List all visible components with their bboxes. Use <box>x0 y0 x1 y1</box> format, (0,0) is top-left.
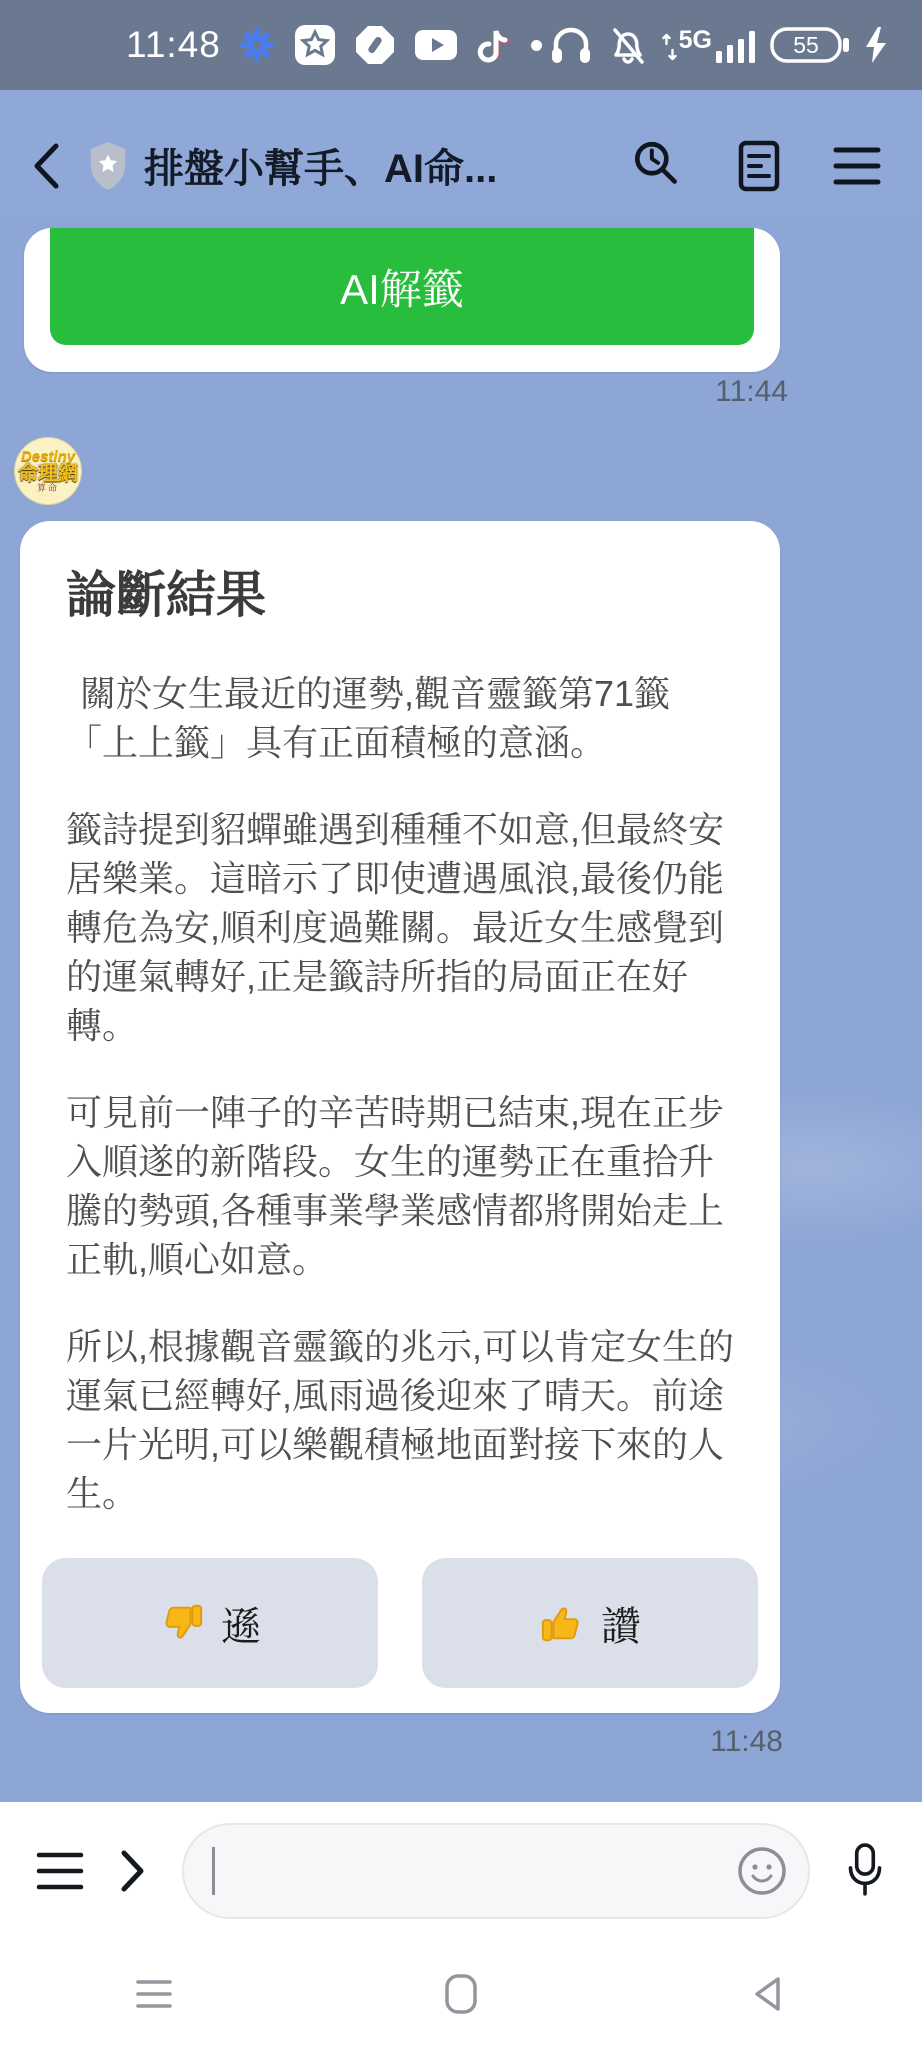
gear-icon <box>237 25 277 65</box>
notification-dot <box>531 40 542 51</box>
flex-message-card: AI解籤 <box>24 228 780 372</box>
battery-charging-bolt <box>864 26 888 64</box>
text-cursor <box>212 1847 215 1895</box>
chat-area: AI解籤 11:44 Destiny 命理網 算命 論斷結果 關於女生最近的運勢… <box>0 215 922 1802</box>
message-input-bar <box>0 1802 922 1940</box>
dislike-button[interactable]: 遜 <box>42 1558 378 1688</box>
battery-indicator: 55 <box>770 23 852 67</box>
result-title: 論斷結果 <box>66 563 740 627</box>
android-nav-bar <box>0 1940 922 2048</box>
search-history-button[interactable] <box>628 137 686 195</box>
message-timestamp: 11:48 <box>710 1725 783 1759</box>
avatar-sub-text: 算命 <box>37 484 59 493</box>
result-paragraph: 籤詩提到貂蟬雖遇到種種不如意,但最終安居樂業。這暗示了即使遭遇風浪,最後仍能轉危… <box>66 805 740 1050</box>
headphones-icon <box>548 23 594 67</box>
shield-app-icon <box>353 23 397 67</box>
avatar[interactable]: Destiny 命理網 算命 <box>14 437 82 505</box>
avatar-name-text: 命理網 <box>18 464 78 484</box>
result-paragraph: 關於女生最近的運勢,觀音靈籤第71籤「上上籤」具有正面積極的意涵。 <box>66 669 740 767</box>
message-timestamp: 11:44 <box>715 375 788 409</box>
attachment-menu-button[interactable] <box>36 1850 84 1892</box>
expand-chevron-button[interactable] <box>118 1847 148 1895</box>
vote-row: 遜 讚 <box>42 1558 758 1688</box>
bell-muted-icon <box>606 23 650 67</box>
signal-bars: 5G <box>662 28 758 63</box>
battery-percent: 55 <box>793 32 819 58</box>
tiktok-icon <box>475 23 509 67</box>
avatar-brand-text: Destiny <box>21 449 75 464</box>
verified-badge-icon <box>86 140 130 192</box>
nav-home-button[interactable] <box>444 1973 478 2015</box>
dislike-label: 遜 <box>221 1595 261 1652</box>
youtube-icon <box>413 25 459 65</box>
message-bubble: 論斷結果 關於女生最近的運勢,觀音靈籤第71籤「上上籤」具有正面積極的意涵。 籤… <box>20 521 780 1713</box>
nav-recents-button[interactable] <box>135 1978 173 2010</box>
ai-interpret-button[interactable]: AI解籤 <box>50 228 754 345</box>
chat-title: 排盤小幫手、AI命... <box>144 137 497 194</box>
status-time: 11:48 <box>126 24 221 66</box>
like-button[interactable]: 讚 <box>422 1558 758 1688</box>
thumbs-down-icon <box>159 1600 205 1646</box>
back-button[interactable] <box>26 137 68 195</box>
like-label: 讚 <box>601 1595 641 1652</box>
nav-back-button[interactable] <box>750 1974 786 2014</box>
menu-button[interactable] <box>832 144 882 188</box>
emoji-button[interactable] <box>736 1845 788 1897</box>
result-paragraph: 可見前一陣子的辛苦時期已結束,現在正步入順遂的新階段。女生的運勢正在重拾升騰的勢… <box>66 1088 740 1284</box>
message-input[interactable] <box>182 1823 810 1919</box>
star-badge-icon <box>293 23 337 67</box>
thumbs-up-icon <box>539 1600 585 1646</box>
note-button[interactable] <box>734 137 784 195</box>
result-paragraph: 所以,根據觀音靈籤的兆示,可以肯定女生的運氣已經轉好,風雨過後迎來了晴天。前途一… <box>66 1322 740 1518</box>
status-bar: 11:48 5G 55 <box>0 0 922 90</box>
network-type-label: 5G <box>679 28 712 53</box>
voice-message-button[interactable] <box>844 1842 886 1900</box>
chat-header: 排盤小幫手、AI命... <box>0 90 922 215</box>
